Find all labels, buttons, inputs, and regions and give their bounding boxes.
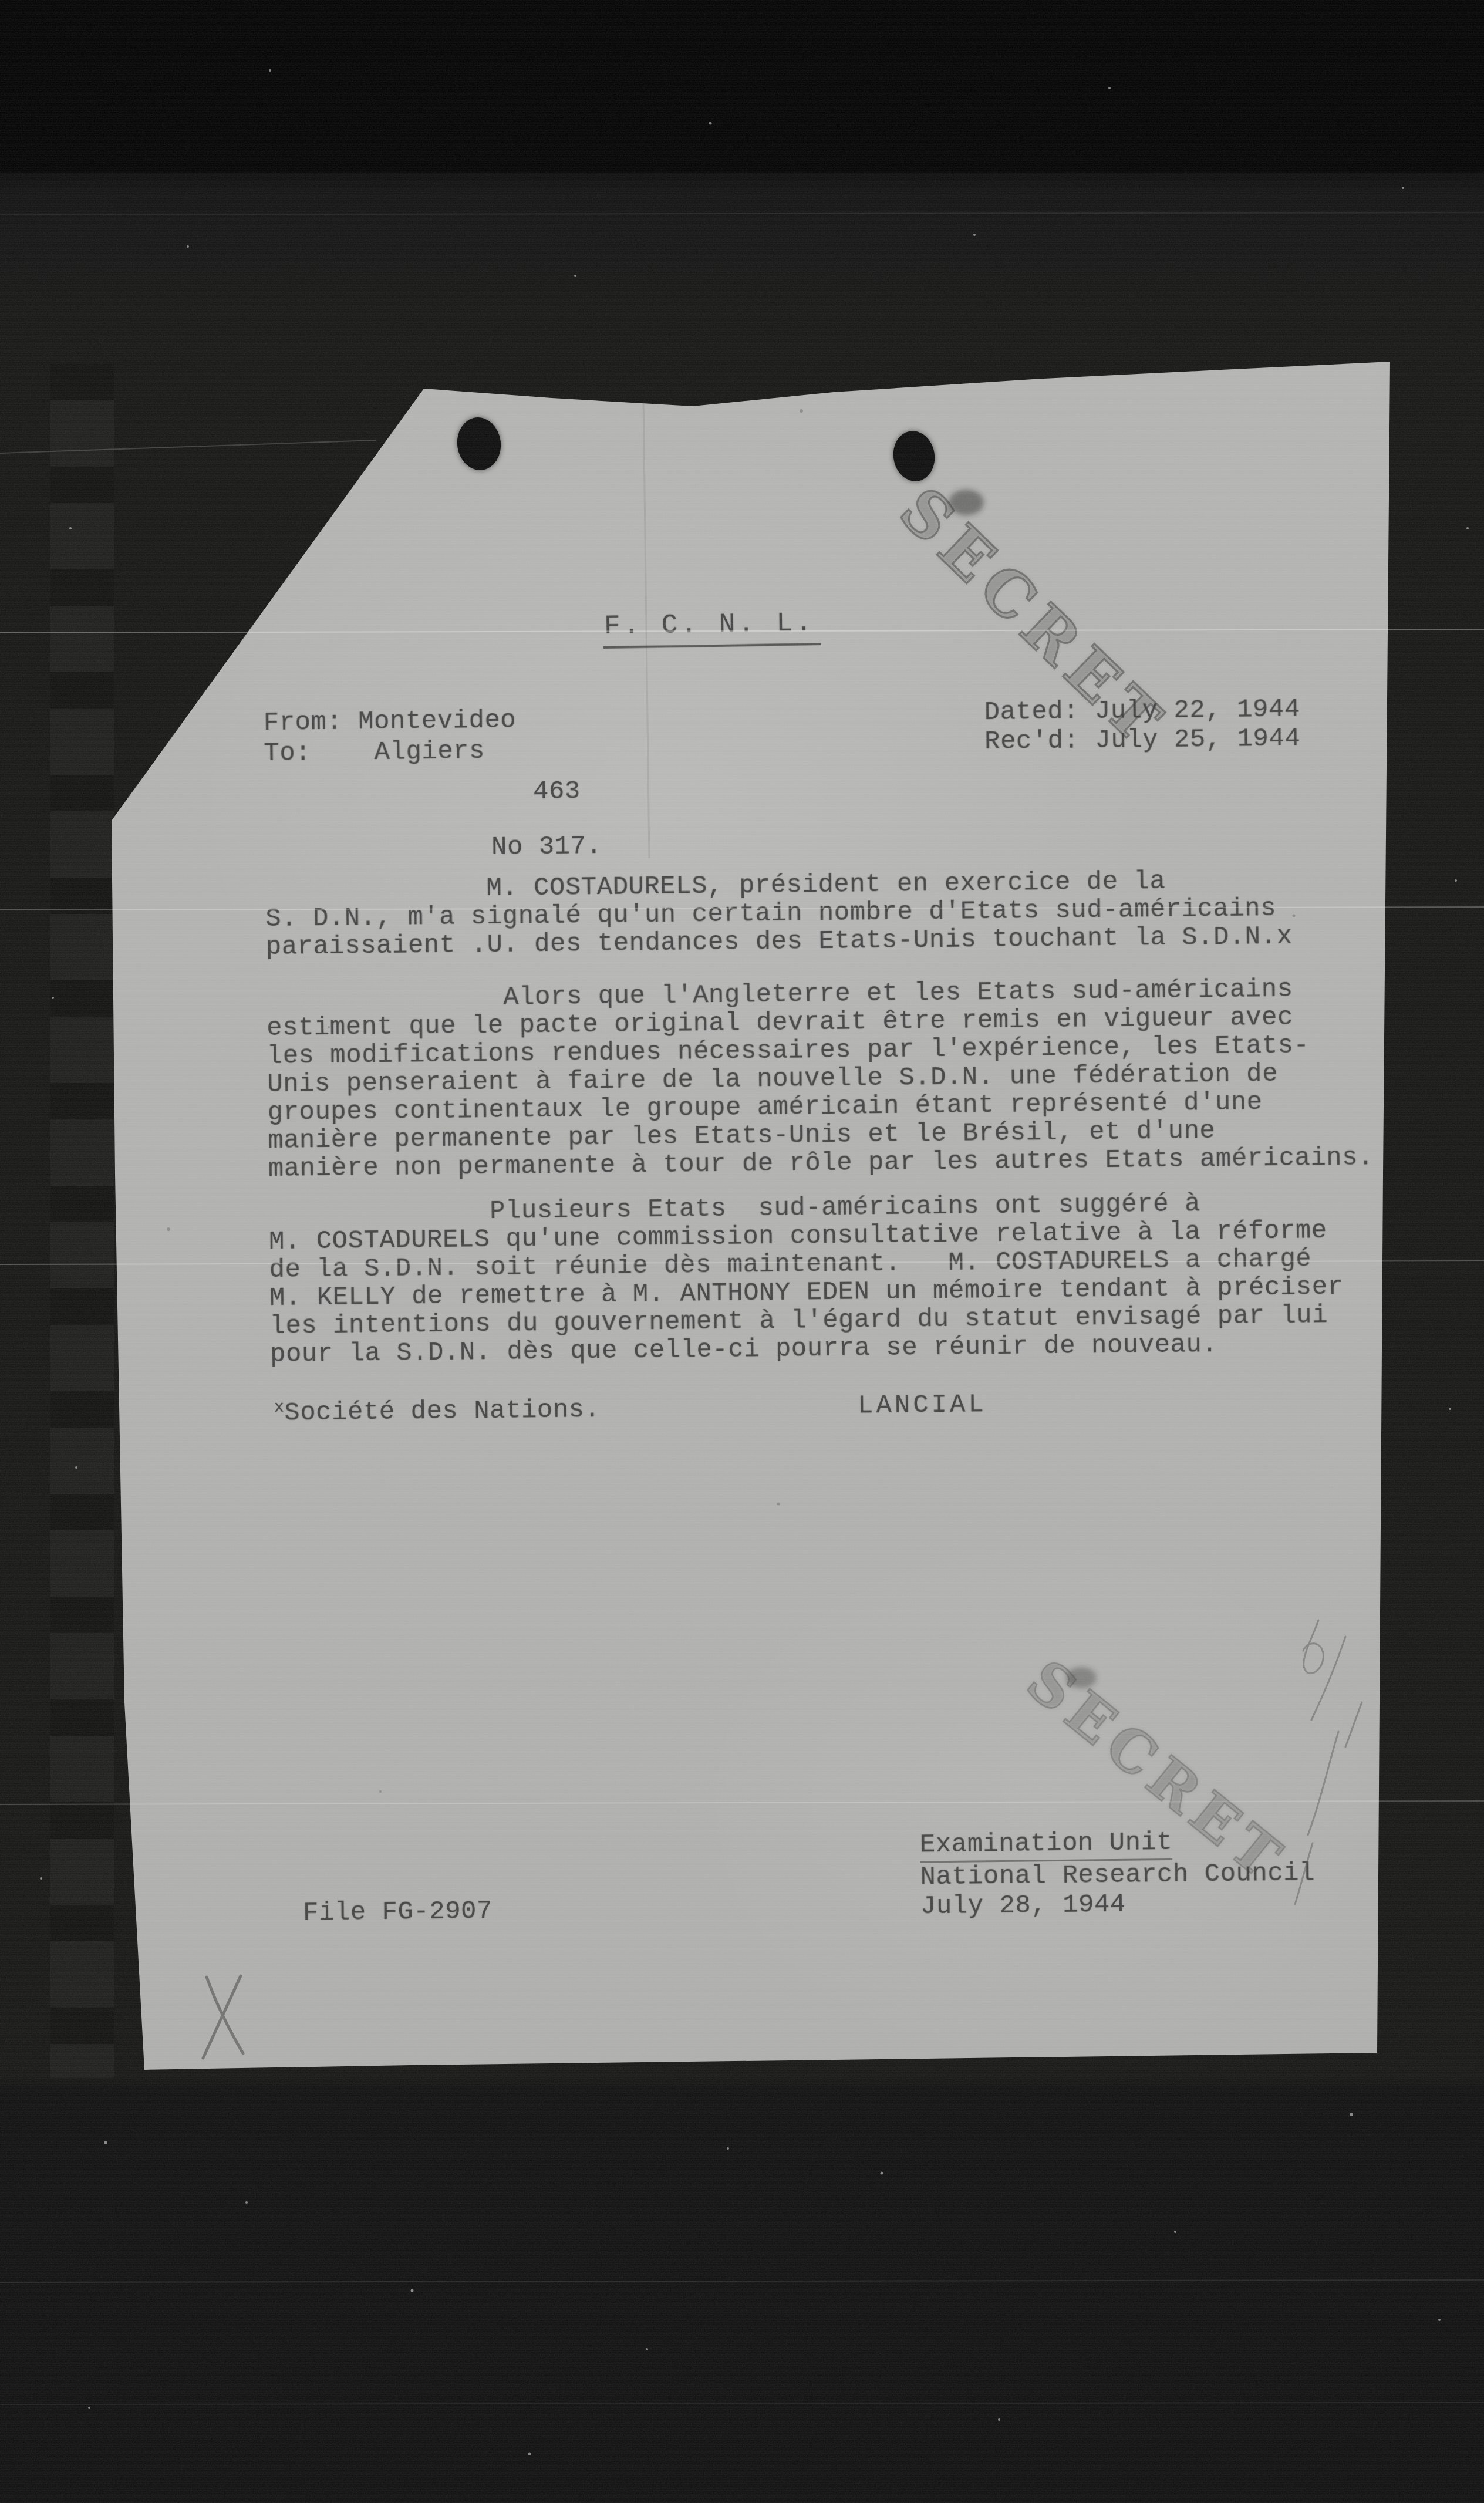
paragraph-2: Alors que l'Angleterre et les Etats sud-… [267, 974, 1374, 1183]
file-number: File FG-2907 [303, 1897, 493, 1927]
paragraph-3: Plusieurs Etats sud-américains ont suggé… [268, 1189, 1344, 1369]
office-unit: Examination Unit [920, 1828, 1173, 1863]
from-to-block: From: Montevideo To: Algiers [264, 706, 517, 770]
document-header: F. C. N. L. [603, 609, 821, 649]
footnote: xSociété des Nations. [274, 1396, 601, 1431]
serial-number: 463 [533, 777, 581, 806]
date-block: Dated: July 22, 1944 Rec'd: July 25, 194… [984, 695, 1300, 757]
film-edge-band [50, 364, 114, 2078]
paragraph-1: M. COSTADURELS, président en exercice de… [265, 866, 1293, 962]
office-org: National Research Council [920, 1858, 1315, 1892]
office-block: Examination Unit National Research Counc… [920, 1826, 1316, 1921]
microfilm-scan: SECRET SECRET F. C. N. L. From: Montevid… [0, 0, 1484, 2503]
message-number: No 317. [491, 832, 602, 862]
footnote-text: Société des Nations. [284, 1395, 601, 1428]
signature: LANCIAL [858, 1391, 987, 1420]
footnote-marker: x [274, 1399, 285, 1417]
office-date: July 28, 1944 [920, 1888, 1316, 1921]
